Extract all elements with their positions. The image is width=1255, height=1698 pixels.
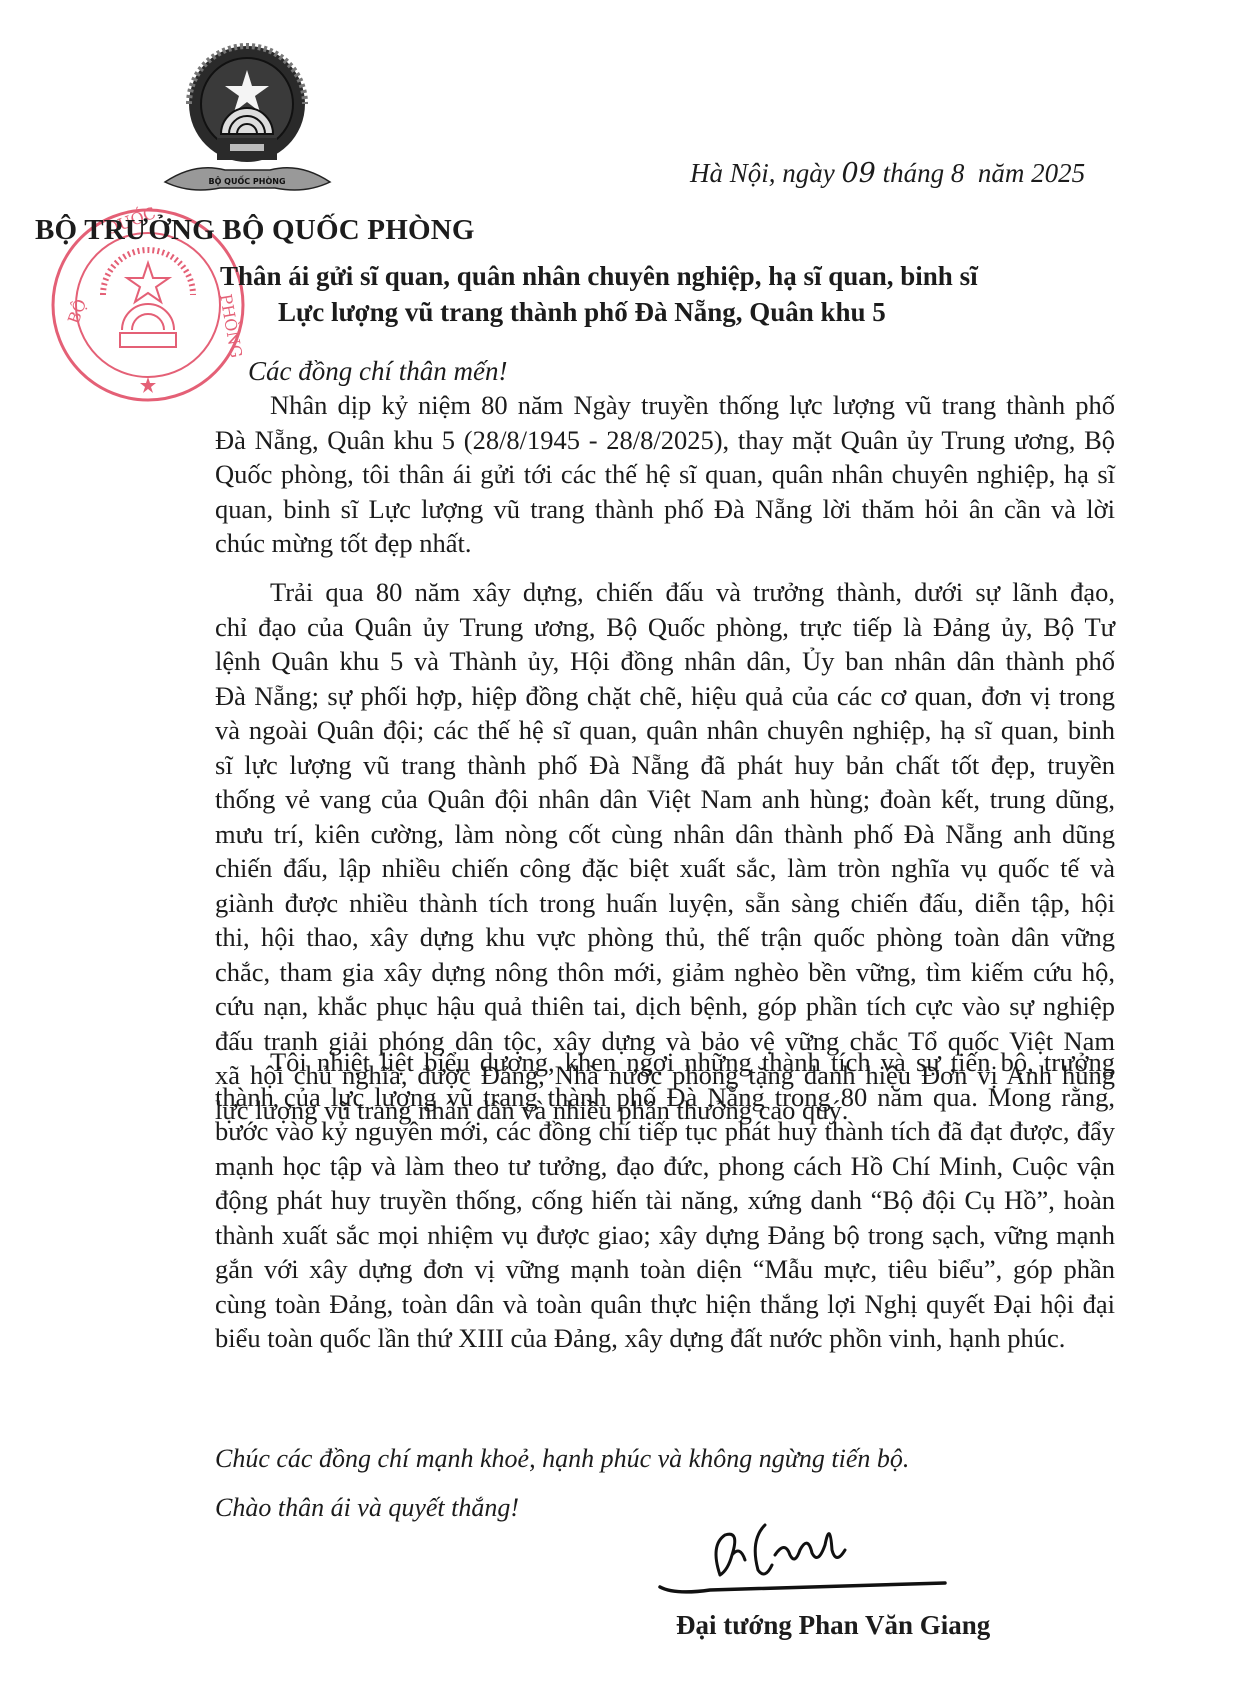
paragraph-line: Quốc phòng, tôi thân ái gửi tới các thế … — [215, 457, 1115, 492]
paragraph-line: Nhân dịp kỷ niệm 80 năm Ngày truyền thốn… — [215, 388, 1115, 423]
date-year-prefix: năm — [978, 158, 1025, 188]
paragraph-line: bước vào kỷ nguyên mới, các đồng chí tiế… — [215, 1114, 1115, 1149]
paragraph-line: thi, hội thao, xây dựng khu vực phòng th… — [215, 920, 1115, 955]
closing-salute: Chào thân ái và quyết thắng! — [215, 1493, 519, 1523]
paragraph-line: gắn với xây dựng đơn vị vững mạnh toàn d… — [215, 1252, 1115, 1287]
issuer-title: BỘ TRƯỞNG BỘ QUỐC PHÒNG — [35, 214, 475, 247]
letter-page: BỘ QUỐC PHÒNG BỘ QUỐC PHÒNG Hà Nội, ngày… — [0, 0, 1255, 1698]
date-day: 09 — [842, 158, 876, 189]
paragraph-line: Tôi nhiệt liệt biểu dương, khen ngợi nhữ… — [215, 1045, 1115, 1080]
date-month: 8 — [951, 158, 965, 188]
paragraph-line: mạnh học tập và làm theo tư tưởng, đạo đ… — [215, 1149, 1115, 1184]
date-year: 2025 — [1031, 158, 1085, 188]
paragraph-line: chúc mừng tốt đẹp nhất. — [215, 526, 1115, 561]
paragraph-line: biểu toàn quốc lần thứ XIII của Đảng, xâ… — [215, 1321, 1115, 1356]
paragraph-line: quan, binh sĩ Lực lượng vũ trang thành p… — [215, 492, 1115, 527]
paragraph-line: Đà Nẵng; sự phối hợp, hiệp đồng chặt chẽ… — [215, 679, 1115, 714]
paragraph-line: thành của lực lượng vũ trang thành phố Đ… — [215, 1080, 1115, 1115]
svg-text:BỘ: BỘ — [64, 296, 90, 326]
signature-icon — [650, 1495, 960, 1595]
paragraph-line: Đà Nẵng, Quân khu 5 (28/8/1945 - 28/8/20… — [215, 423, 1115, 458]
date-line: Hà Nội, ngày 09 tháng 8 năm 2025 — [690, 158, 1085, 189]
recipient-block: Thân ái gửi sĩ quan, quân nhân chuyên ng… — [200, 258, 1130, 330]
date-prefix: Hà Nội, ngày — [690, 158, 835, 188]
paragraph-line: thành xuất sắc mọi nhiệm vụ được giao; x… — [215, 1218, 1115, 1253]
closing-wish: Chúc các đồng chí mạnh khoẻ, hạnh phúc v… — [215, 1444, 909, 1474]
date-month-prefix: tháng — [883, 158, 945, 188]
paragraph-line: chỉ đạo của Quân ủy Trung ương, Bộ Quốc … — [215, 610, 1115, 645]
paragraph-line: chiến đấu, lập nhiều chiến công đặc biệt… — [215, 851, 1115, 886]
paragraph-line: lệnh Quân khu 5 và Thành ủy, Hội đồng nh… — [215, 644, 1115, 679]
paragraph-line: và ngoài Quân đội; các thế hệ sĩ quan, q… — [215, 713, 1115, 748]
paragraph-line: cứu nạn, khắc phục hậu quả thiên tai, dị… — [215, 989, 1115, 1024]
paragraph-line: giành được nhiều thành tích trong huấn l… — [215, 886, 1115, 921]
national-emblem-icon: BỘ QUỐC PHÒNG — [155, 42, 340, 202]
signer-name: Đại tướng Phan Văn Giang — [676, 1610, 990, 1641]
paragraph-line: thống vẻ vang của Quân đội nhân dân Việt… — [215, 782, 1115, 817]
recipient-line-2: Lực lượng vũ trang thành phố Đà Nẵng, Qu… — [278, 294, 1130, 330]
paragraph-line: Trải qua 80 năm xây dựng, chiến đấu và t… — [215, 575, 1115, 610]
paragraph-3: Tôi nhiệt liệt biểu dương, khen ngợi nhữ… — [215, 1045, 1115, 1356]
paragraph-line: sĩ lực lượng vũ trang thành phố Đà Nẵng … — [215, 748, 1115, 783]
paragraph-line: mưu trí, kiên cường, làm nòng cốt cùng n… — [215, 817, 1115, 852]
greeting: Các đồng chí thân mến! — [248, 356, 507, 387]
paragraph-line: cùng toàn Đảng, toàn dân và toàn quân th… — [215, 1287, 1115, 1322]
paragraph-line: động phát huy truyền thống, cống hiến tà… — [215, 1183, 1115, 1218]
paragraph-line: chắc, tham gia xây dựng nông thôn mới, g… — [215, 955, 1115, 990]
paragraph-1: Nhân dịp kỷ niệm 80 năm Ngày truyền thốn… — [215, 388, 1115, 561]
recipient-line-1: Thân ái gửi sĩ quan, quân nhân chuyên ng… — [220, 258, 1130, 294]
